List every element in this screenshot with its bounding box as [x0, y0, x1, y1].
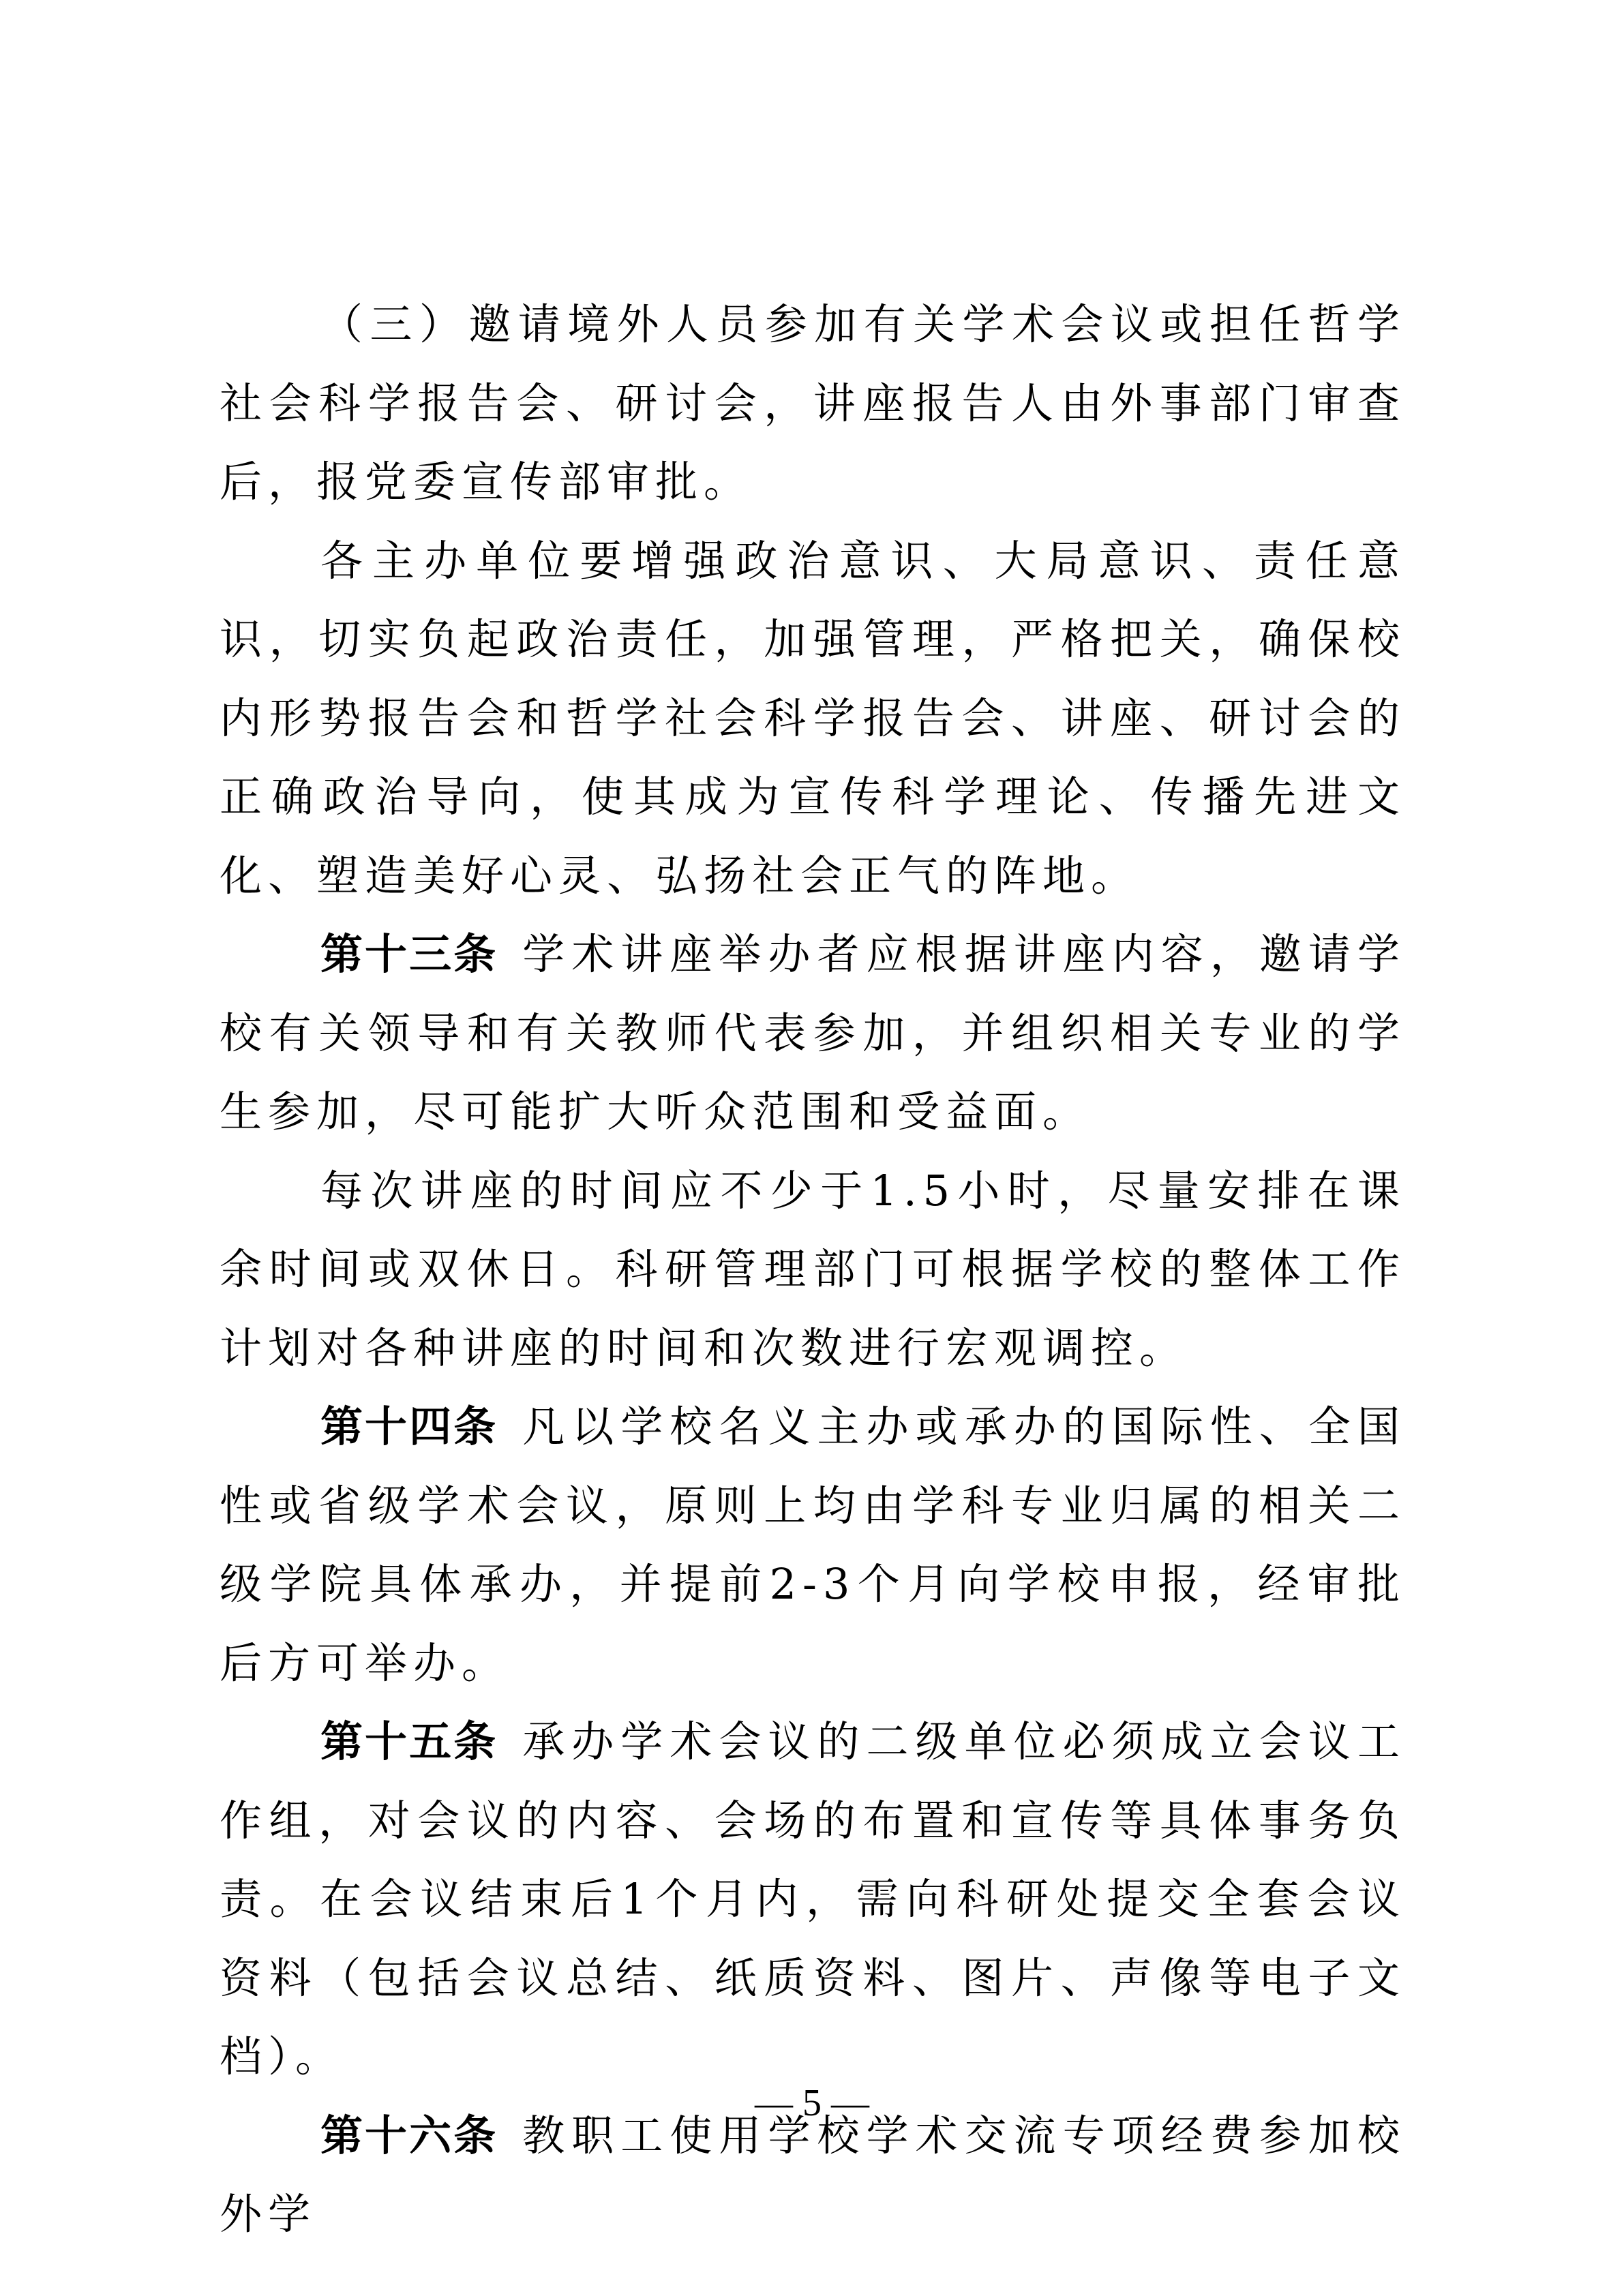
- paragraph-text: （三）邀请境外人员参加有关学术会议或担任哲学社会科学报告会、研讨会，讲座报告人由…: [220, 299, 1406, 507]
- document-body: （三）邀请境外人员参加有关学术会议或担任哲学社会科学报告会、研讨会，讲座报告人由…: [220, 285, 1406, 2254]
- paragraph-invite-overseas: （三）邀请境外人员参加有关学术会议或担任哲学社会科学报告会、研讨会，讲座报告人由…: [220, 285, 1406, 522]
- paragraph-organizer-responsibility: 各主办单位要增强政治意识、大局意识、责任意识，切实负起政治责任，加强管理，严格把…: [220, 522, 1406, 916]
- article-14: 第十四条凡以学校名义主办或承办的国际性、全国性或省级学术会议，原则上均由学科专业…: [220, 1387, 1406, 1702]
- article-title: 第十五条: [320, 1717, 498, 1766]
- paragraph-text: 承办学术会议的二级单位必须成立会议工作组，对会议的内容、会场的布置和宣传等具体事…: [220, 1717, 1406, 2081]
- article-title: 第十三条: [320, 929, 498, 979]
- paragraph-lecture-duration: 每次讲座的时间应不少于1.5小时，尽量安排在课余时间或双休日。科研管理部门可根据…: [220, 1151, 1406, 1388]
- article-13: 第十三条学术讲座举办者应根据讲座内容，邀请学校有关领导和有关教师代表参加，并组织…: [220, 915, 1406, 1151]
- paragraph-text: 每次讲座的时间应不少于1.5小时，尽量安排在课余时间或双休日。科研管理部门可根据…: [220, 1166, 1406, 1373]
- page-number: — 5 —: [0, 2081, 1624, 2125]
- article-15: 第十五条承办学术会议的二级单位必须成立会议工作组，对会议的内容、会场的布置和宣传…: [220, 1702, 1406, 2096]
- paragraph-text: 各主办单位要增强政治意识、大局意识、责任意识，切实负起政治责任，加强管理，严格把…: [220, 536, 1406, 901]
- article-title: 第十四条: [320, 1402, 498, 1451]
